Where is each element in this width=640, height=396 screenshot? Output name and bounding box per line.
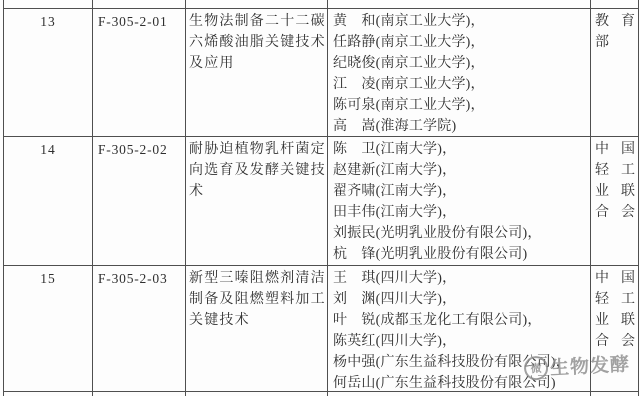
project-title-cell: 新型三嗪阻燃剂清洁制备及阻燃塑料加工关键技术 [187, 266, 327, 390]
table-border-vertical [638, 0, 639, 396]
awardee-line: 叶 锐(成都玉龙化工有限公司)， [333, 311, 590, 332]
row-number-cell: 15 [4, 266, 92, 390]
project-code-cell: F-305-2-03 [93, 266, 185, 390]
nominator-cell: 教育部 [591, 9, 638, 136]
awardee-line: 赵建新(江南大学)， [333, 161, 590, 182]
awardee-line: 黄 和(南京工业大学)， [333, 12, 590, 33]
table-border-vertical [185, 0, 186, 396]
awardees-cell: 陈 卫(江南大学)， 赵建新(江南大学)， 翟齐啸(江南大学)， 田丰伟(江南大… [328, 137, 590, 265]
awardee-line: 田丰伟(江南大学)， [333, 203, 590, 224]
project-code-cell: F-305-2-02 [93, 137, 185, 265]
awardee-line: 高 嵩(淮海工学院) [333, 117, 590, 136]
project-title-cell: 耐胁迫植物乳杆菌定向选育及发酵关键技术 [187, 137, 327, 265]
project-title-cell: 生物法制备二十二碳六烯酸油脂关键技术及应用 [187, 9, 327, 136]
awardee-line: 陈可泉(南京工业大学)， [333, 96, 590, 117]
project-code-cell: F-305-2-01 [93, 9, 185, 136]
nominator-cell: 中国轻工业联合会 [591, 137, 638, 265]
nominator-cell: 中国轻工业联合会 [591, 266, 638, 390]
awardee-line: 陈英红(四川大学)， [333, 332, 590, 353]
awardee-line: 王 琪(四川大学)， [333, 269, 590, 290]
awardee-line: 刘振民(光明乳业股份有限公司)， [333, 224, 590, 245]
awardee-line: 纪晓俊(南京工业大学)， [333, 54, 590, 75]
awardee-line: 刘 渊(四川大学)， [333, 290, 590, 311]
table-border-horizontal [3, 391, 639, 392]
row-number-cell: 14 [4, 137, 92, 265]
awardees-cell: 黄 和(南京工业大学)， 任路静(南京工业大学)， 纪晓俊(南京工业大学)， 江… [328, 9, 590, 136]
awardee-line: 陈 卫(江南大学)， [333, 140, 590, 161]
awardee-line: 杨中强(广东生益科技股份有限公司)， [333, 353, 590, 374]
awardee-line: 任路静(南京工业大学)， [333, 33, 590, 54]
awardee-line: 何岳山(广东生益科技股份有限公司) [333, 374, 590, 390]
awards-table-page: 13 F-305-2-01 生物法制备二十二碳六烯酸油脂关键技术及应用 黄 和(… [0, 0, 640, 396]
awardee-line: 翟齐啸(江南大学)， [333, 182, 590, 203]
awardees-cell: 王 琪(四川大学)， 刘 渊(四川大学)， 叶 锐(成都玉龙化工有限公司)， 陈… [328, 266, 590, 390]
awardee-line: 江 凌(南京工业大学)， [333, 75, 590, 96]
row-number-cell: 13 [4, 9, 92, 136]
awardee-line: 杭 锋(光明乳业股份有限公司) [333, 245, 590, 265]
